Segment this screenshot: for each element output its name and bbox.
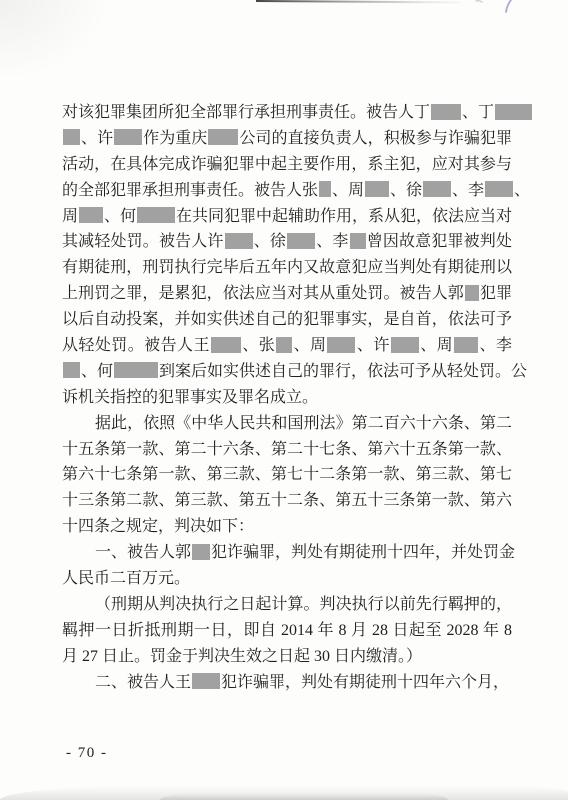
text-line: 十四条之规定，判决如下： [62, 514, 512, 540]
text-line: 一、被告人郭犯诈骗罪，判处有期徒刑十四年，并处罚金 [62, 540, 512, 566]
text-line: 其减轻处罚。被告人许、徐、李曾因故意犯罪被判处 [62, 229, 512, 255]
redaction-box [114, 129, 142, 145]
text-segment: 犯罪 [480, 285, 512, 302]
text-segment: 十四条之规定，判决如下： [62, 518, 254, 535]
text-segment: 、张 [242, 337, 275, 354]
redaction-box [465, 285, 479, 301]
text-line: 二、被告人王犯诈骗罪，判处有期徒刑十四年六个月， [62, 670, 512, 696]
scanned-judgment-page: 对该犯罪集团所犯全部罪行承担刑事责任。被告人丁、丁、许作为重庆公司的直接负责人，… [0, 0, 568, 800]
text-segment: 的全部犯罪承担刑事责任。被告人张 [62, 182, 318, 199]
text-segment: 一、被告人郭 [95, 544, 191, 561]
text-segment: 作为重庆 [143, 130, 207, 147]
text-segment: 第六十七条第一款、第三款、第七十二条第一款、第三款、第七 [62, 466, 512, 483]
text-line: 月 27 日止。罚金于判决生效之日起 30 日内缴清。） [62, 644, 512, 670]
redaction-box [423, 181, 451, 197]
text-segment: 在共同犯罪中起辅助作用，系从犯，依法应当对 [176, 208, 512, 225]
scan-bottom-edge-shadow [0, 786, 568, 800]
text-line: 十五条第一款、第二十六条、第二十七条、第六十五条第一款、 [62, 437, 512, 463]
text-line: 人民币二百万元。 [62, 566, 512, 592]
text-segment: 犯诈骗罪，判处有期徒刑十四年六个月， [221, 674, 509, 691]
text-segment: 其减轻处罚。被告人许 [62, 233, 224, 250]
text-segment: 以后自动投案，并如实供述自己的犯罪事实，是自首，依法可予 [62, 311, 512, 328]
pen-mark-icon [462, 0, 518, 18]
text-segment: 羁押一日折抵刑期一日，即自 2014 年 8 月 28 日起至 2028 年 8 [62, 622, 512, 639]
text-line: 十三条第二款、第三款、第五十二条、第五十三条第一款、第六 [62, 488, 512, 514]
text-segment: 据此，依照《中华人民共和国刑法》第二百六十六条、第二 [95, 415, 512, 432]
text-segment: 活动，在具体完成诈骗犯罪中起主要作用，系主犯，应对其参与 [62, 156, 512, 173]
text-segment: 、徐 [390, 182, 422, 199]
redaction-box [192, 673, 220, 689]
redaction-box [276, 337, 292, 353]
text-segment: 、何 [104, 208, 136, 225]
text-segment: 、周 [332, 182, 364, 199]
redaction-box [192, 544, 210, 560]
redaction-box [454, 337, 478, 353]
redaction-box [137, 207, 175, 223]
redaction-box [485, 181, 513, 197]
redaction-box [319, 181, 331, 197]
text-line: 诉机关指控的犯罪事实及罪名成立。 [62, 385, 512, 411]
text-line: 从轻处罚。被告人王、张、周、许、周、李 [62, 333, 512, 359]
text-segment: 、 [514, 182, 530, 199]
text-segment: 十五条第一款、第二十六条、第二十七条、第六十五条第一款、 [62, 441, 512, 458]
text-segment: 月 27 日止。罚金于判决生效之日起 30 日内缴清。） [62, 648, 422, 665]
redaction-box [79, 207, 103, 223]
text-line: 的全部犯罪承担刑事责任。被告人张、周、徐、李、 [62, 178, 512, 204]
text-segment: 、许 [356, 337, 389, 354]
text-segment: 犯诈骗罪，判处有期徒刑十四年，并处罚金 [211, 544, 515, 561]
text-segment: （刑期从判决执行之日起计算。判决执行以前先行羁押的， [95, 596, 512, 613]
text-line: 对该犯罪集团所犯全部罪行承担刑事责任。被告人丁、丁 [62, 100, 512, 126]
text-segment: 曾因故意犯罪被判处 [367, 233, 512, 250]
redaction-box [63, 362, 80, 378]
text-line: 羁押一日折抵刑期一日，即自 2014 年 8 月 28 日起至 2028 年 8 [62, 618, 512, 644]
text-segment: 、丁 [462, 104, 494, 121]
text-segment: 、许 [81, 130, 113, 147]
text-segment: 诉机关指控的犯罪事实及罪名成立。 [62, 389, 318, 406]
text-segment: 二、被告人王 [95, 674, 191, 691]
text-segment: 周 [62, 208, 78, 225]
redaction-box [225, 233, 253, 249]
redaction-box [114, 362, 158, 378]
text-segment: 、何 [81, 363, 113, 380]
scan-corner-shade [0, 0, 110, 80]
text-segment: 有期徒刑，刑罚执行完毕后五年内又故意犯应当判处有期徒刑以 [62, 259, 512, 276]
text-segment: 人民币二百万元。 [62, 570, 190, 587]
redaction-box [211, 337, 241, 353]
redaction-box [287, 233, 315, 249]
redaction-box [365, 181, 389, 197]
redaction-box [63, 129, 80, 145]
text-segment: 到案后如实供述自己的罪行，依法可予从轻处罚。公 [159, 363, 527, 380]
redaction-box [350, 233, 366, 249]
scan-bottom-edge-shadow-inner [160, 793, 448, 800]
text-line: 有期徒刑，刑罚执行完毕后五年内又故意犯应当判处有期徒刑以 [62, 255, 512, 281]
text-segment: 、李 [316, 233, 348, 250]
redaction-box [431, 104, 461, 120]
redaction-box [327, 337, 355, 353]
page-number: - 70 - [66, 745, 108, 762]
text-line: （刑期从判决执行之日起计算。判决执行以前先行羁押的， [62, 592, 512, 618]
text-segment: 上刑罚之罪，是累犯，依法应当对其从重处罚。被告人郭 [62, 285, 464, 302]
text-line: 、何到案后如实供述自己的罪行，依法可予从轻处罚。公 [62, 359, 512, 385]
text-line: 第六十七条第一款、第三款、第七十二条第一款、第三款、第七 [62, 462, 512, 488]
text-line: 上刑罚之罪，是累犯，依法应当对其从重处罚。被告人郭犯罪 [62, 281, 512, 307]
text-line: 以后自动投案，并如实供述自己的犯罪事实，是自首，依法可予 [62, 307, 512, 333]
redaction-box [208, 129, 238, 145]
text-line: 活动，在具体完成诈骗犯罪中起主要作用，系主犯，应对其参与 [62, 152, 512, 178]
document-text: 对该犯罪集团所犯全部罪行承担刑事责任。被告人丁、丁、许作为重庆公司的直接负责人，… [62, 100, 512, 695]
text-segment: 、周 [293, 337, 326, 354]
text-segment: 对该犯罪集团所犯全部罪行承担刑事责任。被告人丁 [62, 104, 430, 121]
text-line: 周、何在共同犯罪中起辅助作用，系从犯，依法应当对 [62, 204, 512, 230]
text-segment: 、李 [452, 182, 484, 199]
text-segment: 、徐 [254, 233, 286, 250]
text-segment: 从轻处罚。被告人王 [62, 337, 210, 354]
text-segment: 、李 [479, 337, 512, 354]
redaction-box [495, 104, 532, 120]
text-line: 、许作为重庆公司的直接负责人，积极参与诈骗犯罪 [62, 126, 512, 152]
text-segment: 公司的直接负责人，积极参与诈骗犯罪 [239, 130, 512, 147]
text-segment: 十三条第二款、第三款、第五十二条、第五十三条第一款、第六 [62, 492, 512, 509]
text-line: 据此，依照《中华人民共和国刑法》第二百六十六条、第二 [62, 411, 512, 437]
scan-artifact-line [256, 0, 462, 3]
redaction-box [391, 337, 419, 353]
text-segment: 、周 [420, 337, 453, 354]
